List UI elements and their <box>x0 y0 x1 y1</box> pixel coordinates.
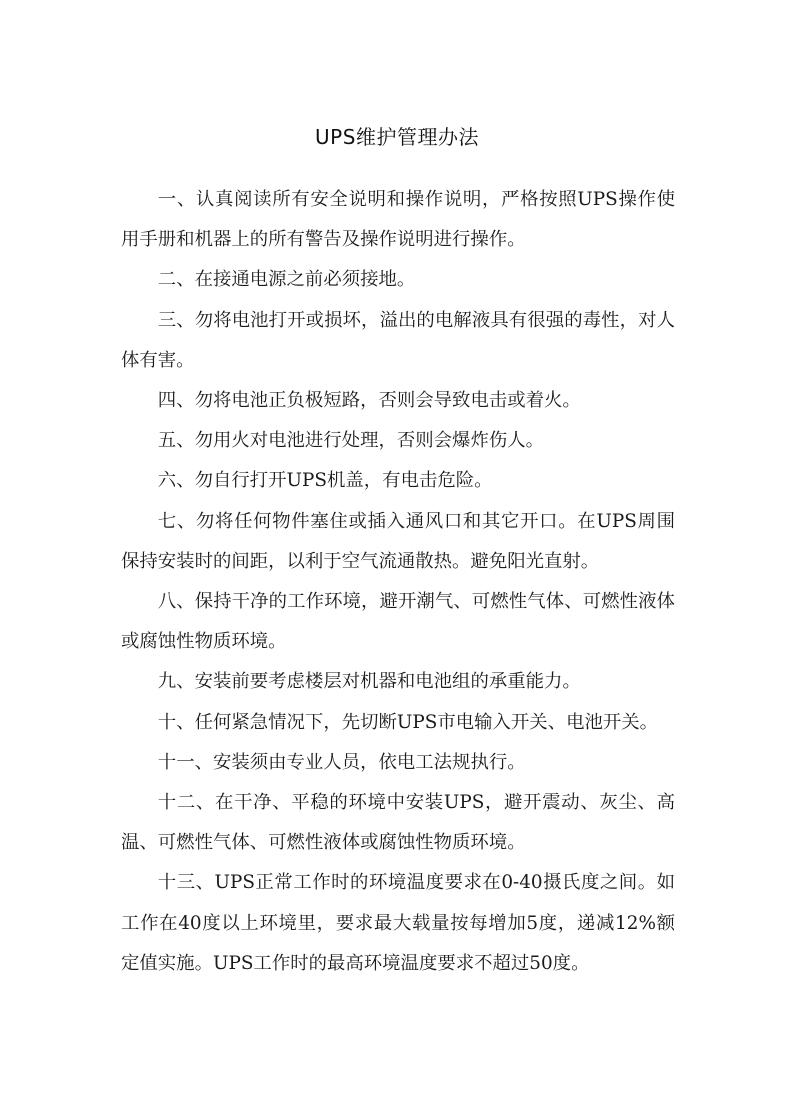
paragraph-8: 八、保持干净的工作环境，避开潮气、可燃性气体、可燃性液体或腐蚀性物质环境。 <box>121 582 675 662</box>
paragraph-11: 十一、安装须由专业人员，依电工法规执行。 <box>121 743 675 783</box>
paragraph-5: 五、勿用火对电池进行处理，否则会爆炸伤人。 <box>121 421 675 461</box>
document-body: 一、认真阅读所有安全说明和操作说明，严格按照UPS操作使用手册和机器上的所有警告… <box>121 180 675 984</box>
paragraph-10: 十、任何紧急情况下，先切断UPS市电输入开关、电池开关。 <box>121 703 675 743</box>
paragraph-9: 九、安装前要考虑楼层对机器和电池组的承重能力。 <box>121 662 675 702</box>
paragraph-6: 六、勿自行打开UPS机盖，有电击危险。 <box>121 461 675 501</box>
paragraph-12: 十二、在干净、平稳的环境中安装UPS，避开震动、灰尘、高温、可燃性气体、可燃性液… <box>121 783 675 863</box>
document-title: UPS维护管理办法 <box>0 121 794 150</box>
paragraph-2: 二、在接通电源之前必须接地。 <box>121 260 675 300</box>
paragraph-1: 一、认真阅读所有安全说明和操作说明，严格按照UPS操作使用手册和机器上的所有警告… <box>121 180 675 260</box>
document-page: UPS维护管理办法 一、认真阅读所有安全说明和操作说明，严格按照UPS操作使用手… <box>0 0 794 1108</box>
paragraph-7: 七、勿将任何物件塞住或插入通风口和其它开口。在UPS周围保持安装时的间距，以利于… <box>121 502 675 582</box>
paragraph-3: 三、勿将电池打开或损坏，溢出的电解液具有很强的毒性，对人体有害。 <box>121 301 675 381</box>
paragraph-4: 四、勿将电池正负极短路，否则会导致电击或着火。 <box>121 381 675 421</box>
paragraph-13: 十三、UPS正常工作时的环境温度要求在0-40摄氏度之间。如工作在40度以上环境… <box>121 863 675 984</box>
